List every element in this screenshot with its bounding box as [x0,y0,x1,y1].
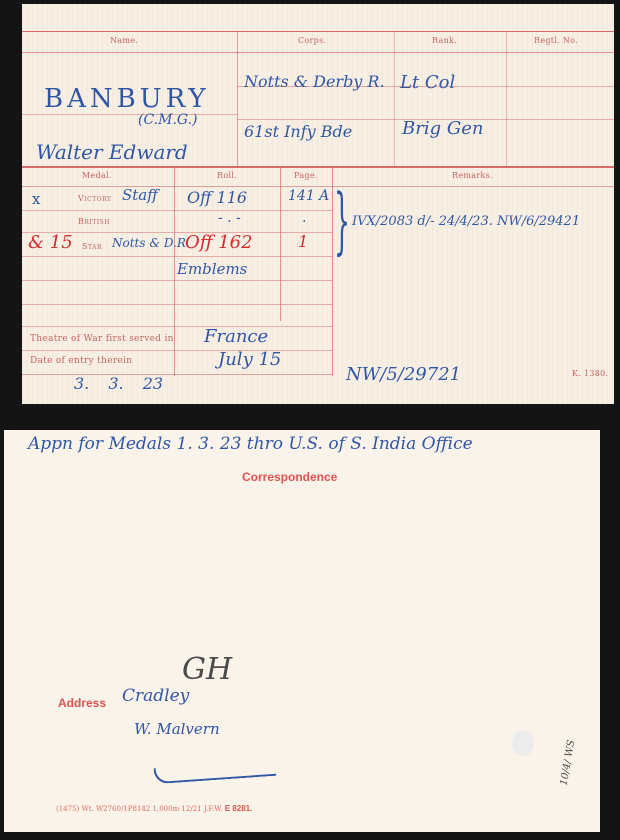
divider [22,304,332,305]
correspondence-title: Correspondence [242,470,337,484]
divider [22,280,332,281]
initials: GH [182,652,232,687]
header-name: Name. [110,36,138,45]
divider [506,31,507,166]
page-1: 141 A [288,188,329,204]
divider [332,186,614,187]
print-code: E 8281. [225,804,253,813]
address-line2: W. Malvern [134,720,220,738]
corps-1: Notts & Derby R. [244,72,385,91]
remarks-text: IVX/2083 d/- 24/4/23. NW/6/29421 [352,214,580,229]
divider [22,326,332,327]
roll-3: Off 162 [185,232,253,253]
entry-value: July 15 [218,349,281,370]
footer-ref: NW/5/29721 [346,364,461,385]
address-line1: Cradley [122,686,189,706]
header-regtl-no: Regtl. No. [534,36,578,45]
rank-2: Brig Gen [402,118,483,139]
roll-1: Off 116 [187,188,247,207]
print-line: (1475) Wt. W2760/1P8142 1,000m 12/21 J.F… [56,804,252,813]
divider [22,166,614,168]
header-page: Page. [294,171,318,180]
header-remarks: Remarks. [452,171,493,180]
row-mark: x [32,190,40,208]
roll-2: - . - [218,210,241,226]
medal-victory: Victory [78,194,111,203]
side-note: 10/4/ WS [559,739,578,786]
corps-2: 61st Infy Bde [244,122,352,141]
footer-date: 3. 3. 23 [74,374,163,393]
page-3: 1 [298,232,308,251]
unit-staff: Staff [122,186,158,204]
print-line-text: (1475) Wt. W2760/1P8142 1,000m 12/21 J.F… [56,805,223,813]
theatre-value: France [204,326,268,347]
divider [22,114,237,115]
form-code: K. 1380. [572,369,608,378]
medal-card-front: Name. Corps. Rank. Regtl. No. BANBURY (C… [22,4,614,404]
header-rank: Rank. [432,36,457,45]
honours: (C.M.G.) [138,112,198,128]
divider [22,186,332,187]
medal-star: Star [82,242,102,251]
unit-notts: Notts & D.R. [112,236,190,250]
top-note: Appn for Medals 1. 3. 23 thro U.S. of S.… [28,434,473,454]
underline-flourish [154,760,277,784]
address-label: Address [58,696,106,710]
divider [22,256,332,257]
stain-mark [512,730,534,756]
divider [394,31,395,166]
header-roll: Roll. [217,171,237,180]
header-medal: Medal. [82,171,112,180]
page-2: . [302,210,306,226]
medal-british: British [78,217,110,226]
divider [237,31,238,166]
rank-1: Lt Col [400,72,455,93]
divider [22,210,332,211]
brace: } [334,184,350,256]
header-corps: Corps. [298,36,326,45]
entry-label: Date of entry therein [30,356,132,366]
divider [22,52,614,53]
divider [332,166,333,376]
divider [174,166,175,376]
divider [280,166,281,321]
forenames: Walter Edward [36,140,188,164]
roll-emblems: Emblems [177,260,247,278]
theatre-label: Theatre of War first served in [30,334,174,344]
divider [22,374,332,375]
surname: BANBURY [44,84,210,114]
row-mark-15: & 15 [28,232,73,253]
divider [22,31,614,32]
divider [22,350,332,351]
medal-card-back: Appn for Medals 1. 3. 23 thro U.S. of S.… [4,430,600,832]
